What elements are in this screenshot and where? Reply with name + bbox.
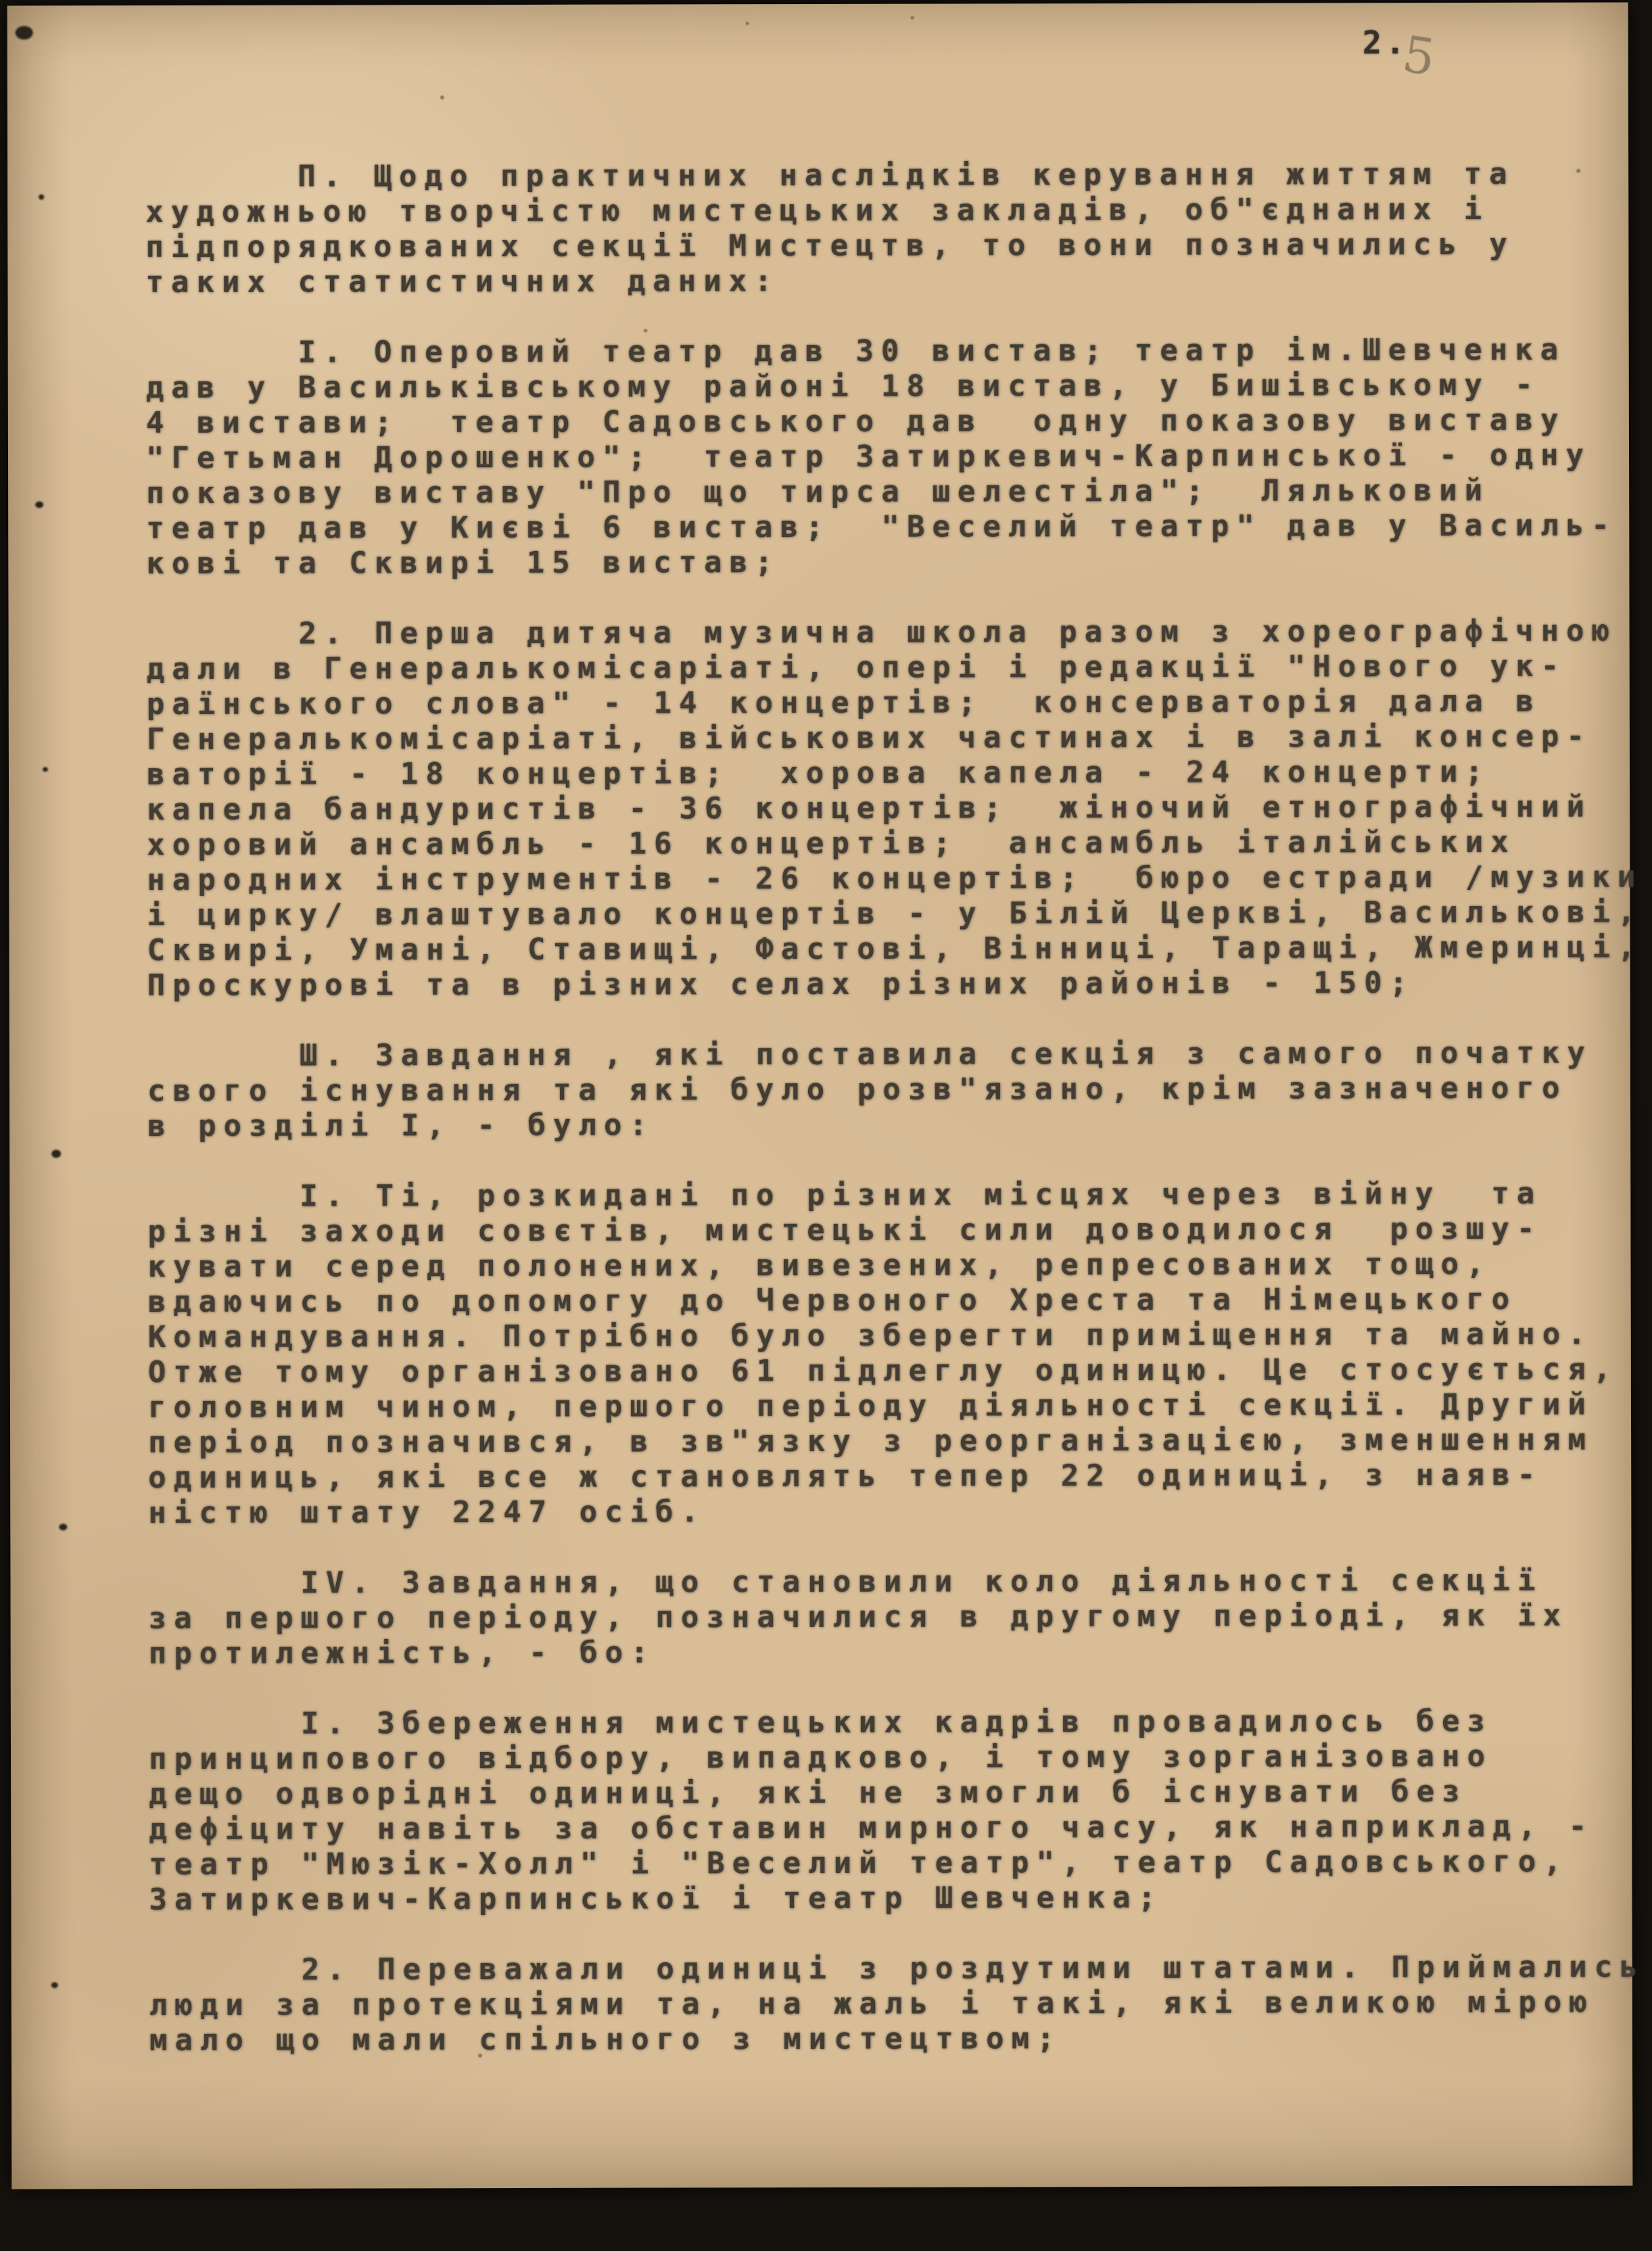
paragraph: І. Оперовий театр дав 30 вистав; театр і… [146,332,1652,582]
dust-speck [1012,1734,1016,1738]
dust-speck [746,22,749,25]
paper-speck [43,767,48,772]
paragraph: 2. Перша дитяча музична школа разом з хо… [147,613,1652,1003]
punch-hole-mark [51,1150,61,1158]
paper-speck [16,26,33,39]
document-body: П. Щодо практичних наслідків керування ж… [145,156,1652,2093]
typed-page-number: 2. [1363,24,1409,62]
punch-hole-mark [59,1523,67,1530]
paragraph: ІV. Завдання, що становили коло діяльнос… [148,1563,1652,1672]
punch-hole-mark [35,501,43,508]
dust-speck [644,329,648,333]
dust-speck [478,2054,482,2058]
dust-speck [911,16,914,20]
paragraph: 2. Переважали одиниці з роздутими штатам… [149,1949,1652,2058]
paragraph: П. Щодо практичних наслідків керування ж… [145,156,1652,300]
paper-speck [39,194,44,199]
paragraph: І. Збереження мистецьких кадрів провадил… [149,1703,1652,1918]
dust-speck [440,95,444,99]
paragraph: Ш. Завдання , які поставила секція з сам… [147,1035,1652,1144]
paper-sheet: 2. 5 П. Щодо практичних наслідків керува… [7,2,1633,2189]
dust-speck [301,1331,305,1335]
scanned-document-page: 2. 5 П. Щодо практичних наслідків керува… [0,0,1652,2251]
paper-speck [51,1982,58,1988]
dust-speck [1576,169,1580,173]
paragraph: І. Ті, розкидані по різних місцях через … [147,1176,1652,1531]
